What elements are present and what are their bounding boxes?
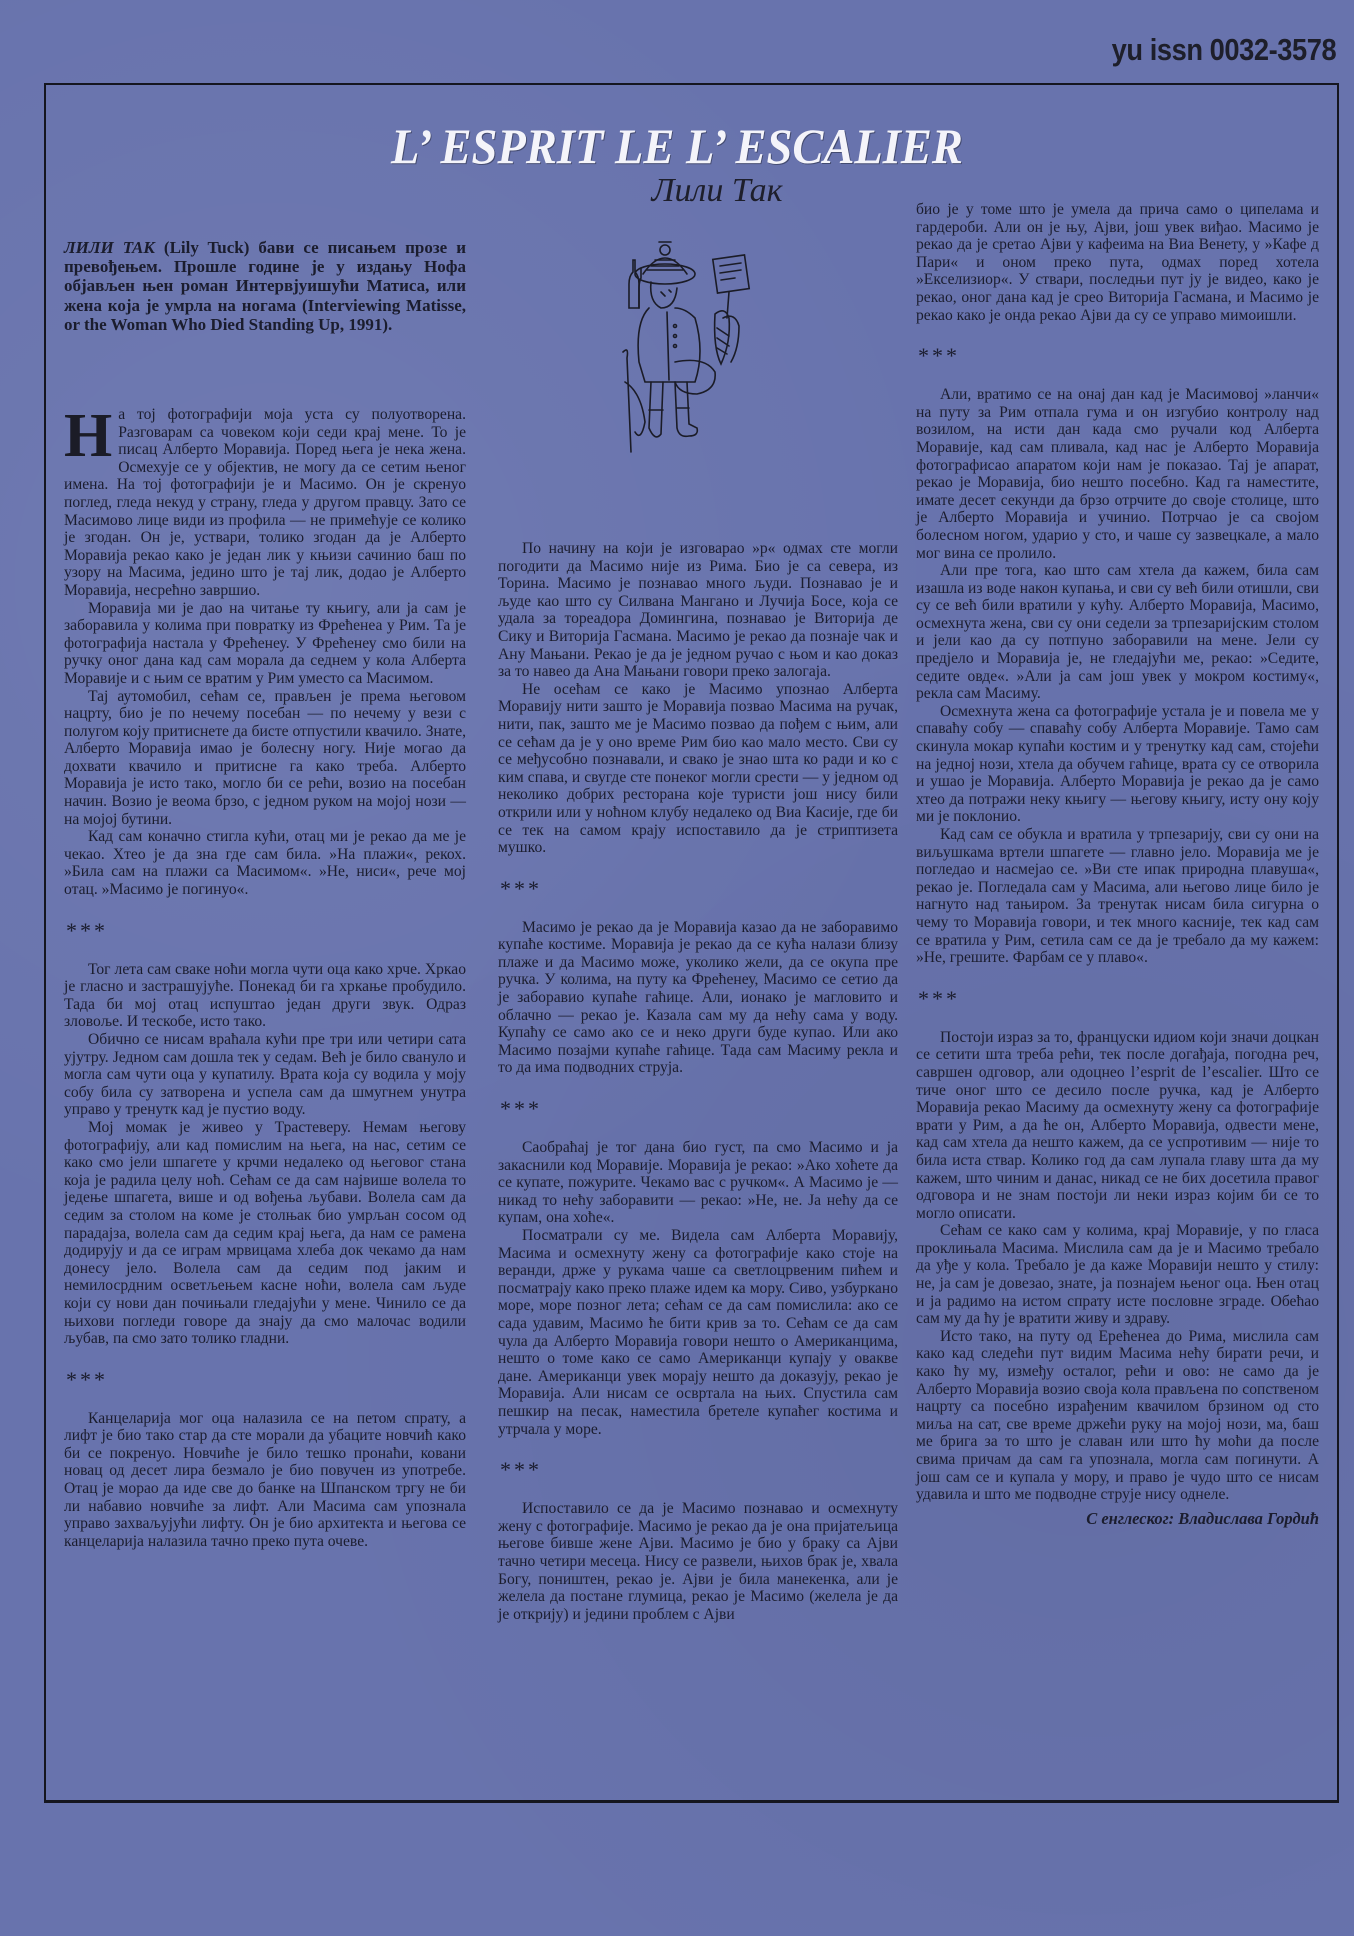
- paragraph: Саобраћај је тог дана био густ, па смо М…: [498, 1139, 898, 1227]
- author-bio: ЛИЛИ ТАК (Lily Tuck) бави се писањем про…: [64, 238, 466, 334]
- section-separator: ***: [500, 1460, 898, 1480]
- paragraph: био је у томе што је умела да прича само…: [916, 201, 1319, 324]
- paragraph: Масимо је рекао да је Моравија казао да …: [498, 919, 898, 1077]
- author-bio-name: ЛИЛИ ТАК: [64, 238, 155, 257]
- paragraph: Моравија ми је дао на читање ту књигу, а…: [64, 600, 466, 688]
- section-separator: ***: [500, 879, 898, 899]
- paragraph: Мој момак је живео у Трастеверу. Немам њ…: [64, 1119, 466, 1348]
- paragraph: Сећам се како сам у колима, крај Моравиј…: [916, 1222, 1319, 1328]
- translator-credit: С енглеског: Владислава Гордић: [916, 1510, 1319, 1528]
- paragraph: Исто тако, на путу од Ерећенеа до Рима, …: [916, 1328, 1319, 1504]
- section-separator: ***: [66, 921, 466, 941]
- paragraph: На тој фотографији моја уста су полуотво…: [64, 406, 466, 600]
- paragraph: Али, вратимо се на онај дан кад је Масим…: [916, 386, 1319, 562]
- section-separator: ***: [918, 989, 1319, 1009]
- paragraph: Обично се нисам враћала кући пре три или…: [64, 1031, 466, 1119]
- paragraph: Посматрали су ме. Видела сам Алберта Мор…: [498, 1227, 898, 1438]
- paragraph: Канцеларија мог оца налазила се на петом…: [64, 1410, 466, 1551]
- paragraph: По начину на који је изговарао »р« одмах…: [498, 540, 898, 681]
- paragraph: Испоставило се да је Масимо познавао и о…: [498, 1500, 898, 1623]
- drop-cap: Н: [64, 410, 112, 462]
- paragraph: Постоји израз за то, француски идиом кој…: [916, 1029, 1319, 1223]
- paragraph: Али пре тога, као што сам хтела да кажем…: [916, 562, 1319, 703]
- paragraph: Тај аутомобил, сећам се, прављен је прем…: [64, 688, 466, 829]
- section-separator: ***: [66, 1370, 466, 1390]
- paragraph: Кад сам коначно стигла кући, отац ми је …: [64, 828, 466, 898]
- vendor-illustration-icon: [605, 232, 765, 457]
- column-right: био је у томе што је умела да прича само…: [916, 201, 1319, 1527]
- issn-label: yu issn 0032-3578: [1111, 32, 1336, 68]
- column-left: На тој фотографији моја уста су полуотво…: [64, 406, 466, 1550]
- paragraph: Кад сам се обукла и вратила у трпезарију…: [916, 826, 1319, 967]
- section-separator: ***: [500, 1099, 898, 1119]
- column-middle: По начину на који је изговарао »р« одмах…: [498, 540, 898, 1623]
- article-title: L’ ESPRIT LE L’ ESCALIER: [47, 117, 1306, 175]
- section-separator: ***: [918, 346, 1319, 366]
- paragraph: Тог лета сам сваке ноћи могла чути оца к…: [64, 961, 466, 1031]
- paragraph: Осмехнута жена са фотографије устала је …: [916, 703, 1319, 826]
- paragraph: Не осећам се како је Масимо упознао Албе…: [498, 681, 898, 857]
